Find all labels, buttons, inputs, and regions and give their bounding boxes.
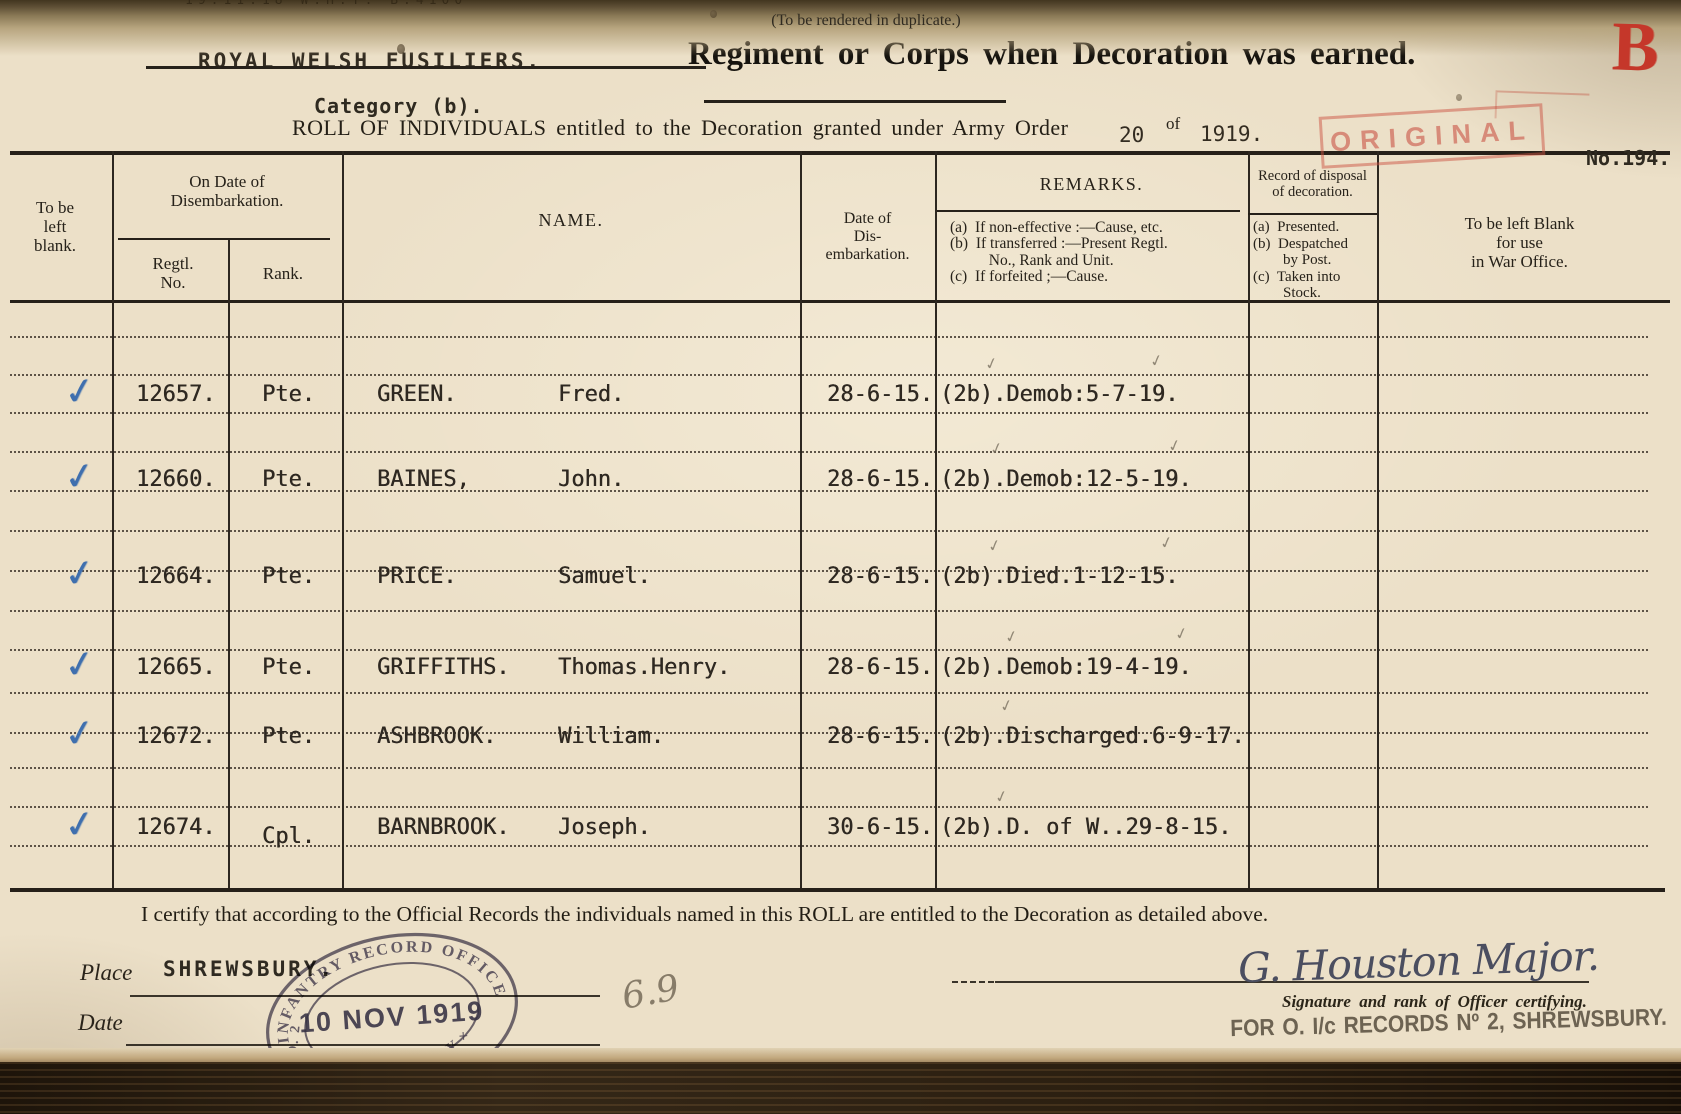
dotted-row-line	[10, 530, 1648, 532]
date-cell: 28-6-15.	[827, 560, 933, 594]
ink-check-icon: ✓	[61, 368, 99, 416]
table-row: ✓ 12657. Pte. GREEN. Fred. 28-6-15. (2b)…	[0, 378, 1681, 412]
forename-cell: Samuel.	[558, 560, 651, 594]
ink-check-icon: ✓	[61, 550, 99, 598]
officer-signature: G. Houston Major.	[1237, 932, 1599, 993]
regiment-strikethrough-rule	[146, 66, 706, 69]
surname-cell: GRIFFITHS.	[377, 651, 509, 685]
surname-cell: ASHBROOK.	[377, 720, 496, 754]
pencil-tick-icon: ✓	[1158, 532, 1176, 555]
group-header-rule	[118, 238, 330, 240]
forename-cell: Fred.	[558, 378, 624, 412]
rank-cell: Cpl.	[262, 820, 315, 854]
rank-cell: Pte.	[262, 463, 315, 497]
ink-check-icon: ✓	[61, 641, 99, 689]
remarks-cell: (2b).Died.1-12-15.	[940, 560, 1178, 594]
col-header-rank: Rank.	[228, 264, 338, 283]
pencil-tick-icon: ✓	[1173, 623, 1191, 646]
col-header-war-office-blank: To be left Blank for use in War Office.	[1377, 214, 1662, 272]
ink-check-icon: ✓	[61, 801, 99, 849]
date-cell: 28-6-15.	[827, 651, 933, 685]
table-row: ✓ 12660. Pte. BAINES, John. 28-6-15. (2b…	[0, 463, 1681, 497]
rank-cell: Pte.	[262, 651, 315, 685]
ink-check-icon: ✓	[61, 710, 99, 758]
top-edge-print-code: 19.11.18 W.H.Y. B.4100	[185, 0, 467, 8]
col-header-to-be-left-blank: To be left blank.	[0, 198, 110, 256]
rank-cell: Pte.	[262, 560, 315, 594]
date-cell: 30-6-15.	[827, 811, 933, 845]
pencil-tick-icon: ✓	[1148, 350, 1166, 373]
dotted-row-line	[10, 845, 1648, 847]
remarks-cell: (2b).Discharged.6-9-17.	[940, 720, 1245, 754]
column-line	[342, 151, 344, 888]
forename-cell: William.	[558, 720, 664, 754]
date-cell: 28-6-15.	[827, 463, 933, 497]
col-header-on-date-of-disembarkation: On Date of Disembarkation.	[112, 172, 342, 210]
dotted-row-line	[10, 412, 1648, 414]
pencil-annotation: 6.9	[619, 967, 683, 1017]
disposal-notes: (a) Presented. (b) Despatched by Post. (…	[1253, 219, 1348, 302]
table-row: ✓ 12664. Pte. PRICE. Samuel. 28-6-15. (2…	[0, 560, 1681, 594]
forename-cell: John.	[558, 463, 624, 497]
title-underline-rule	[704, 100, 1006, 103]
dotted-row-line	[10, 692, 1648, 694]
rank-cell: Pte.	[262, 720, 315, 754]
desk-background	[0, 1062, 1681, 1114]
dotted-row-line	[10, 336, 1648, 338]
remarks-cell: (2b).Demob:12-5-19.	[940, 463, 1192, 497]
of-word: of	[1166, 114, 1180, 134]
column-line	[1248, 151, 1250, 888]
regtl-no-cell: 12657.	[136, 378, 215, 412]
signature-line-dashes	[952, 981, 994, 983]
pin-hole	[397, 44, 405, 54]
original-stamp-text: ORIGINAL	[1329, 114, 1535, 157]
table-header-border	[10, 300, 1670, 303]
col-header-remarks: REMARKS.	[935, 174, 1248, 194]
ink-check-icon: ✓	[61, 453, 99, 501]
remarks-cell: (2b).Demob:5-7-19.	[940, 378, 1178, 412]
forename-cell: Thomas.Henry.	[558, 651, 730, 685]
col-header-date-of-disembarkation: Date of Dis- embarkation.	[800, 210, 935, 264]
table-row: ✓ 12665. Pte. GRIFFITHS. Thomas.Henry. 2…	[0, 651, 1681, 685]
regtl-no-cell: 12660.	[136, 463, 215, 497]
army-order-year: 1919.	[1200, 122, 1263, 146]
duplicate-note: (To be rendered in duplicate.)	[706, 12, 1026, 30]
regtl-no-cell: 12664.	[136, 560, 215, 594]
surname-cell: BARNBROOK.	[377, 811, 509, 845]
pencil-tick-icon: ✓	[988, 438, 1006, 461]
rank-cell: Pte.	[262, 378, 315, 412]
pencil-tick-icon: ✓	[983, 353, 1001, 376]
army-order-number: 20	[1119, 123, 1144, 147]
col-header-name: NAME.	[342, 210, 800, 230]
roll-sentence: ROLL OF INDIVIDUALS entitled to the Deco…	[292, 115, 1068, 141]
regtl-no-cell: 12672.	[136, 720, 215, 754]
place-label: Place	[80, 960, 132, 986]
pencil-tick-icon: ✓	[993, 786, 1011, 809]
table-row: ✓ 12672. Pte. ASHBROOK. William. 28-6-15…	[0, 720, 1681, 754]
remarks-cell: (2b).Demob:19-4-19.	[940, 651, 1192, 685]
pencil-tick-icon: ✓	[986, 535, 1004, 558]
col-header-record-of-disposal: Record of disposal of decoration.	[1248, 168, 1377, 201]
regtl-no-cell: 12665.	[136, 651, 215, 685]
dotted-row-line	[10, 451, 1648, 453]
date-cell: 28-6-15.	[827, 378, 933, 412]
sheet-number: No.194.	[1586, 146, 1670, 170]
pin-hole	[1456, 94, 1462, 101]
dotted-row-line	[10, 374, 1648, 376]
disposal-header-rule	[1248, 213, 1377, 215]
remarks-header-rule	[937, 210, 1240, 212]
page-title: Regiment or Corps when Decoration was ea…	[688, 36, 1415, 73]
stamp-date: 10 NOV 1919	[298, 996, 485, 1039]
surname-cell: GREEN.	[377, 378, 456, 412]
surname-cell: PRICE.	[377, 560, 456, 594]
col-header-regtl-no: Regtl. No.	[118, 254, 228, 292]
pencil-tick-icon: ✓	[1003, 626, 1021, 649]
regiment-name: ROYAL WELSH FUSILIERS.	[198, 49, 542, 73]
regtl-no-cell: 12674.	[136, 811, 215, 845]
table-bottom-border	[10, 888, 1665, 892]
corner-letter-stamp: B	[1611, 7, 1660, 88]
remarks-notes: (a) If non-effective :—Cause, etc. (b) I…	[950, 220, 1168, 286]
column-line	[112, 151, 114, 888]
date-label: Date	[78, 1010, 123, 1036]
dotted-row-line	[10, 767, 1648, 769]
red-stamp-fragment	[1495, 90, 1590, 121]
forename-cell: Joseph.	[558, 811, 651, 845]
pencil-tick-icon: ✓	[998, 695, 1016, 718]
surname-cell: BAINES,	[377, 463, 470, 497]
remarks-cell: (2b).D. of W..29-8-15.	[940, 811, 1231, 845]
dotted-row-line	[10, 806, 1648, 808]
table-row: ✓ 12674. Cpl. BARNBROOK. Joseph. 30-6-15…	[0, 811, 1681, 845]
column-line	[935, 151, 937, 888]
date-cell: 28-6-15.	[827, 720, 933, 754]
scanned-medal-roll-document: 19.11.18 W.H.Y. B.4100 (To be rendered i…	[0, 0, 1681, 1114]
dotted-row-line	[10, 610, 1648, 612]
pencil-tick-icon: ✓	[1166, 435, 1184, 458]
